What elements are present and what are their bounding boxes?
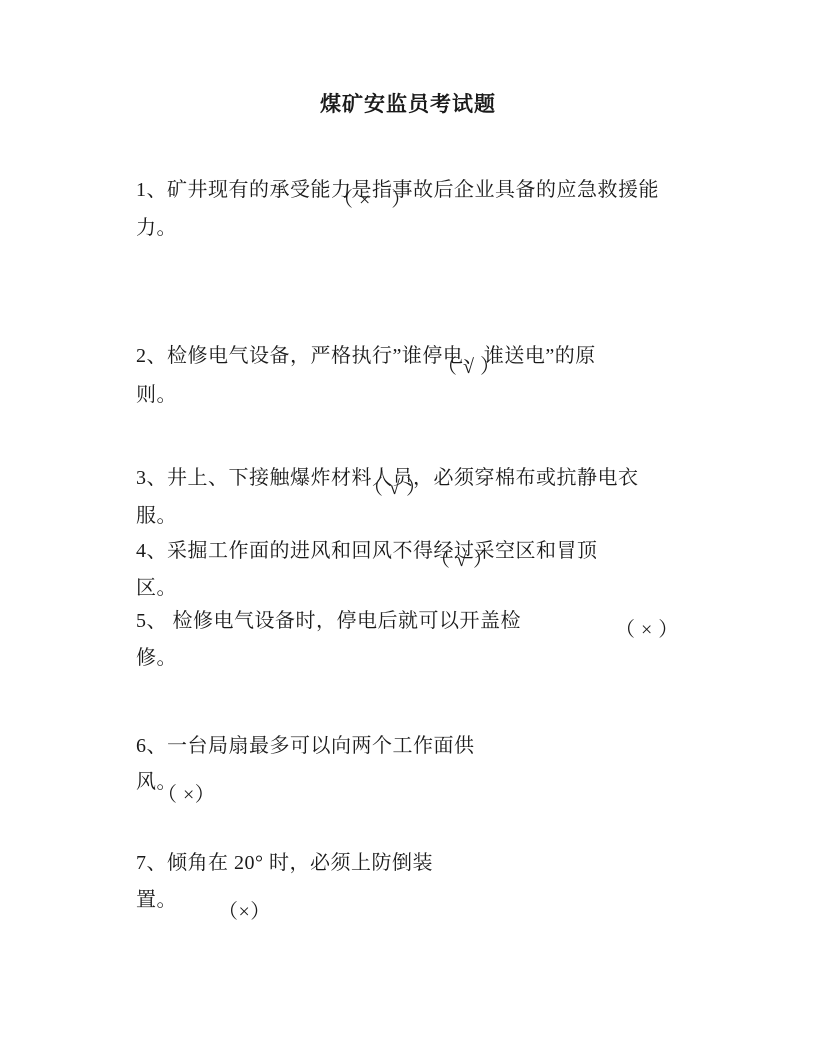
question-7-answer-line: （×） [114, 898, 136, 926]
question-1-line-2: 力。 （ × ） [114, 186, 177, 214]
question-1-line-1: 1、矿井现有的承受能力是指事故后企业具备的应急救援能 [114, 148, 659, 176]
question-6-answer-line: （ ×） [114, 781, 136, 809]
question-4-line-1: 4、采掘工作面的进风和回风不得经过采空区和冒顶 [114, 509, 598, 537]
question-4-text-line-1: 4、采掘工作面的进风和回风不得经过采空区和冒顶 [136, 540, 598, 562]
question-6-answer: （ ×） [157, 781, 215, 809]
question-3-line-2: 服。 （ √ ） [114, 474, 177, 502]
question-7-line-1: 7、倾角在 20° 时，必须上防倒装 [114, 821, 433, 849]
page-title: 煤矿安监员考试题 [0, 90, 816, 118]
question-1-answer: （ × ） [333, 186, 412, 214]
question-4-answer: （ √ ） [430, 546, 493, 574]
question-2-line-1: 2、检修电气设备，严格执行”谁停电、谁送电”的原 [114, 314, 596, 342]
question-5-text-line-2: 修。 [136, 647, 177, 669]
question-3-answer: （ √ ） [363, 474, 426, 502]
question-4-line-2: 区。 （ √ ） [114, 546, 177, 574]
question-6-text-line-1: 6、一台局扇最多可以向两个工作面供 [136, 735, 475, 757]
question-7-text-line-1: 7、倾角在 20° 时，必须上防倒装 [136, 852, 433, 874]
question-6-line-2: 风。 [114, 740, 177, 768]
question-5-line-2: 修。 （ × ） [114, 616, 177, 644]
document-page: 煤矿安监员考试题 1、矿井现有的承受能力是指事故后企业具备的应急救援能 力。 （… [0, 0, 816, 1056]
question-2-answer: （ √ ） [437, 353, 500, 381]
question-5-text-line-1: 5、 检修电气设备时，停电后就可以开盖检 [136, 610, 521, 632]
question-7-line-2: 置。 [114, 858, 177, 886]
question-6-line-1: 6、一台局扇最多可以向两个工作面供 [114, 704, 475, 732]
question-5-line-1: 5、 检修电气设备时，停电后就可以开盖检 [114, 579, 521, 607]
question-5-answer: （ × ） [615, 616, 679, 644]
question-2-text-line-2: 则。 [136, 384, 177, 406]
question-7-answer: （×） [218, 898, 271, 926]
question-1-text-line-2: 力。 [136, 217, 177, 239]
question-2-text-line-1: 2、检修电气设备，严格执行”谁停电、谁送电”的原 [136, 345, 596, 367]
question-7-text-line-2: 置。 [136, 889, 177, 911]
question-2-line-2: 则。 （ √ ） [114, 353, 177, 381]
question-3-line-1: 3、井上、下接触爆炸材料人员，必须穿棉布或抗静电衣 [114, 436, 639, 464]
